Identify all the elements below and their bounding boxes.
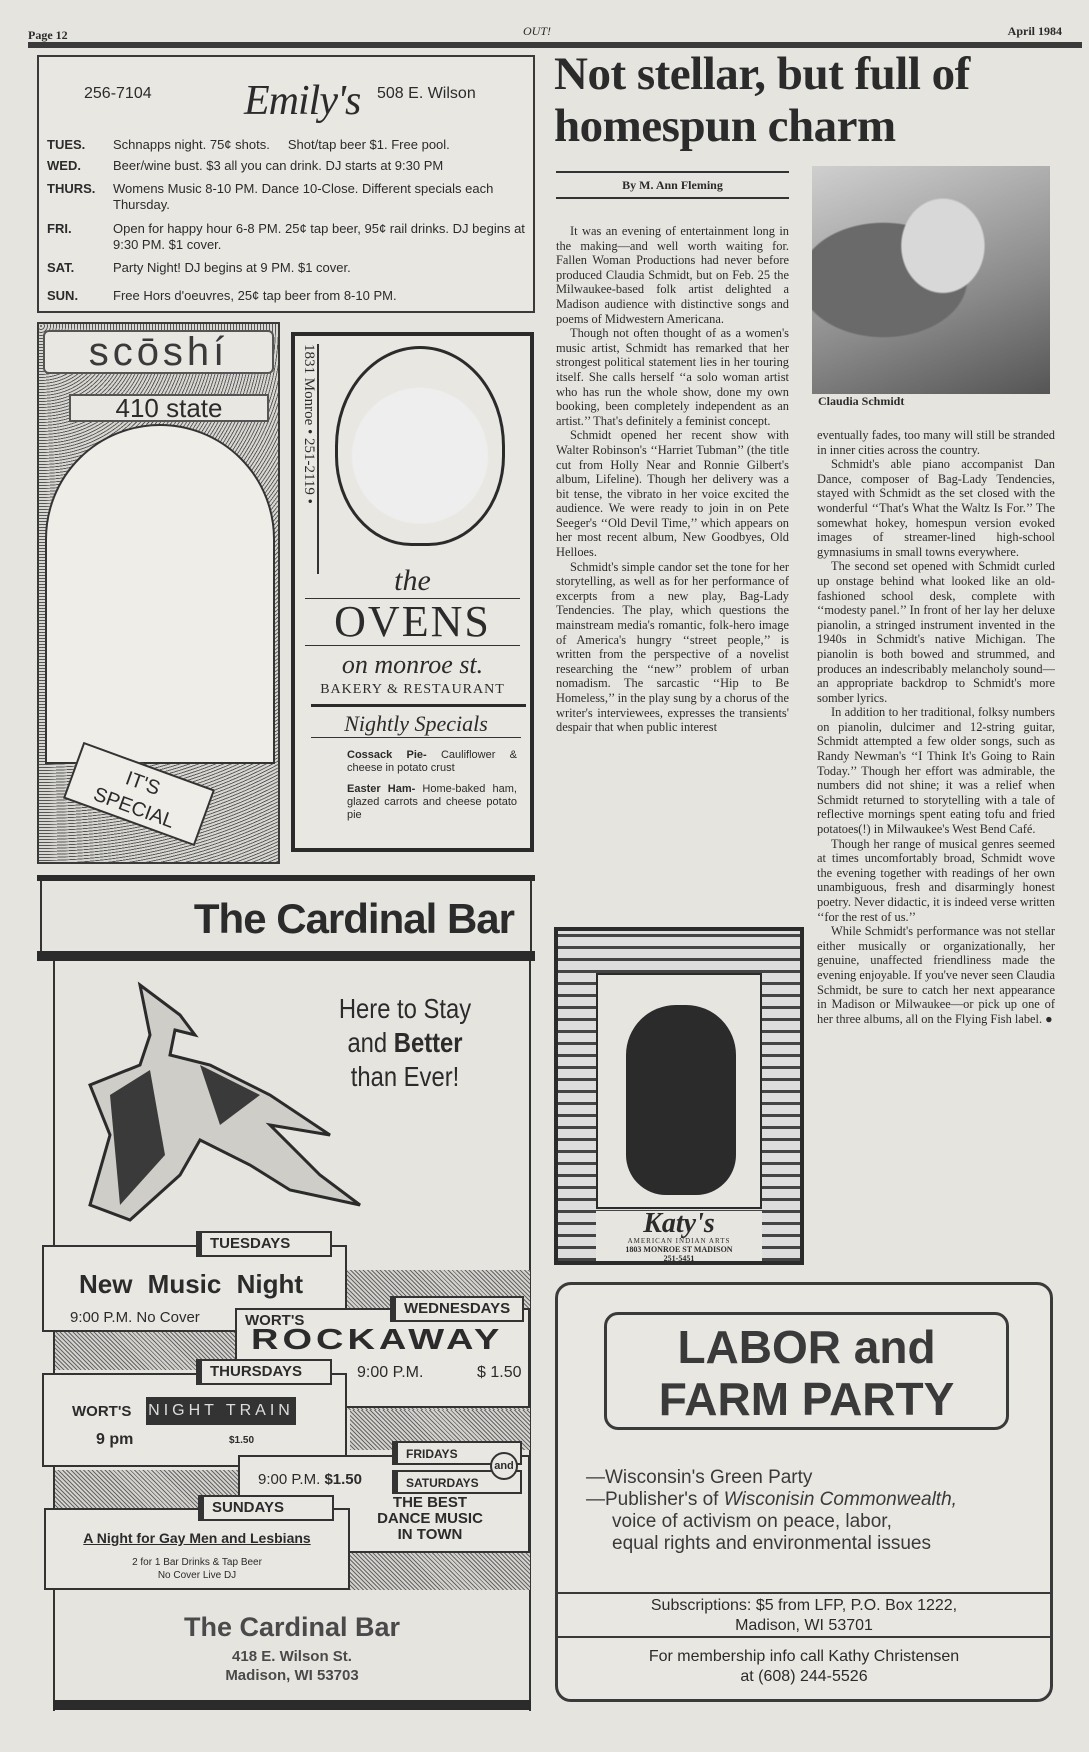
ovens-address-phone: 1831 Monroe • 251-2119 •	[297, 344, 319, 574]
emilys-phone: 256-7104	[84, 85, 152, 103]
cardinal-title: The Cardinal Bar	[194, 895, 514, 943]
cardinal-title-box: The Cardinal Bar	[40, 881, 532, 951]
tuesdays-label: TUESDAYS	[196, 1231, 332, 1257]
paragraph: eventually fades, too many will still be…	[817, 428, 1055, 457]
lfp-subscriptions: Subscriptions: $5 from LFP, P.O. Box 122…	[558, 1592, 1050, 1638]
photo-caption: Claudia Schmidt	[818, 394, 904, 409]
schedule-row: SUN.Free Hors d'oeuvres, 25¢ tap beer fr…	[47, 288, 527, 304]
paragraph: The second set opened with Schmidt curle…	[817, 559, 1055, 705]
paragraph: Schmidt's simple candor set the tone for…	[556, 560, 789, 735]
article-headline: Not stellar, but full of homespun charm	[554, 48, 1064, 152]
schedule-row: TUES.Schnapps night. 75¢ shots. Shot/tap…	[47, 137, 527, 153]
ovens-type: BAKERY & RESTAURANT	[295, 682, 530, 698]
paragraph: Schmidt opened her recent show with Walt…	[556, 428, 789, 559]
specials-title: Nightly Specials	[311, 711, 521, 738]
cardinal-tagline: Here to Stay and Better than Ever!	[333, 992, 478, 1094]
paragraph: Though not often thought of as a women's…	[556, 326, 789, 428]
paragraph: While Schmidt's performance was not stel…	[817, 924, 1055, 1026]
emilys-logo: Emily's	[244, 77, 360, 125]
lfp-membership: For membership info call Kathy Christens…	[558, 1647, 1050, 1687]
special-item: Easter Ham- Home-baked ham, glazed carro…	[347, 783, 517, 822]
scene-illustration	[596, 973, 762, 1209]
ovens-name: OVENS	[305, 598, 520, 646]
schedule-row: WED.Beer/wine bust. $3 all you can drink…	[47, 158, 527, 174]
labor-farm-party-ad: LABOR and FARM PARTY —Wisconsin's Green …	[555, 1282, 1053, 1702]
katys-ad: Katy's AMERICAN INDIAN ARTS 1803 MONROE …	[554, 927, 804, 1265]
thursdays-label: THURSDAYS	[196, 1359, 332, 1385]
woman-illustration-icon	[335, 346, 505, 546]
cardinal-bottom-rule	[53, 1700, 531, 1710]
ovens-the: the	[295, 564, 530, 598]
schedule-row: THURS.Womens Music 8-10 PM. Dance 10-Clo…	[47, 181, 527, 213]
katys-brand: Katy's AMERICAN INDIAN ARTS 1803 MONROE …	[596, 1211, 762, 1261]
ovens-street: on monroe st.	[295, 650, 530, 680]
claudia-schmidt-photo	[812, 166, 1050, 394]
paragraph: It was an evening of entertainment long …	[556, 224, 789, 326]
wednesdays-label: WEDNESDAYS	[390, 1296, 524, 1322]
publication-name: OUT!	[523, 24, 551, 39]
scoshi-ad: scōshí 410 state IT'S SPECIAL	[37, 322, 280, 864]
scoshi-address: 410 state	[69, 394, 269, 422]
page-number: Page 12	[28, 28, 68, 43]
cardinal-rule	[37, 951, 535, 961]
sundays-label: SUNDAYS	[198, 1495, 334, 1521]
emilys-address: 508 E. Wilson	[377, 85, 476, 103]
schedule-row: FRI.Open for happy hour 6-8 PM. 25¢ tap …	[47, 221, 527, 253]
byline: By M. Ann Fleming	[556, 171, 789, 199]
paragraph: Though her range of musical genres seeme…	[817, 837, 1055, 925]
special-item: Cossack Pie- Cauliflower & cheese in pot…	[347, 749, 517, 775]
paragraph: Schmidt's able piano accompanist Dan Dan…	[817, 457, 1055, 559]
article-column-2: eventually fades, too many will still be…	[817, 428, 1055, 1270]
nightly-specials: Nightly Specials Cossack Pie- Cauliflowe…	[311, 704, 526, 844]
issue-date: April 1984	[1008, 24, 1062, 39]
ovens-ad: 1831 Monroe • 251-2119 • the OVENS on mo…	[291, 332, 534, 852]
schedule-row: SAT.Party Night! DJ begins at 9 PM. $1 c…	[47, 260, 527, 276]
cardinal-footer: The Cardinal Bar 418 E. Wilson St. Madis…	[53, 1612, 531, 1685]
and-badge: and	[490, 1452, 518, 1480]
lfp-description: —Wisconsin's Green Party —Publisher's of…	[586, 1467, 1046, 1555]
night-train-logo: NIGHT TRAIN	[146, 1397, 296, 1425]
lfp-logo: LABOR and FARM PARTY	[604, 1312, 1009, 1430]
dress-illustration-icon	[45, 424, 275, 764]
article-column-1: It was an evening of entertainment long …	[556, 224, 789, 906]
paragraph: In addition to her traditional, folksy n…	[817, 705, 1055, 836]
woman-with-basket-icon	[626, 1005, 736, 1195]
hatch-pattern	[350, 1550, 530, 1590]
thursday-panel: WORT'S NIGHT TRAIN 9 pm $1.50	[42, 1373, 347, 1467]
scoshi-logo: scōshí	[43, 330, 274, 374]
emilys-ad: 256-7104 Emily's 508 E. Wilson TUES.Schn…	[37, 55, 535, 313]
